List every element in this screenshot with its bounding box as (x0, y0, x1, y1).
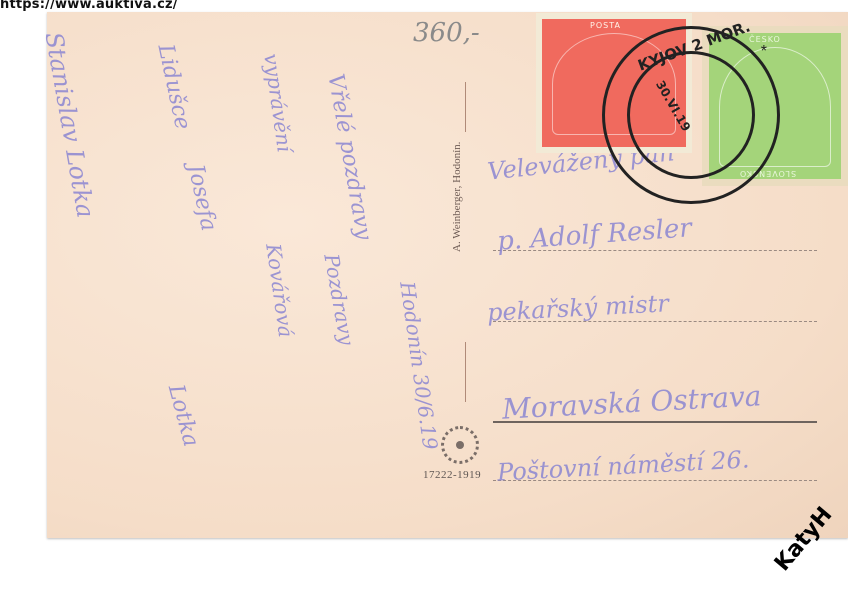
pencil-price-note: 360,- (413, 18, 480, 48)
handwriting-line: Lotka (163, 382, 203, 449)
address-city: Moravská Ostrava (501, 379, 762, 426)
handwriting-line: vyprávění (259, 52, 297, 154)
handwriting-line: Lidušce (153, 42, 195, 132)
source-url-label: https://www.auktiva.cz/ (0, 0, 178, 12)
publisher-imprint: A. Weinberger, Hodonín. (451, 142, 463, 252)
postcard-back: 360,- Stanislav Lotka Lidušce Josefa Lot… (47, 12, 848, 538)
star-icon: * (761, 43, 767, 61)
handwriting-signature: Stanislav Lotka (39, 30, 99, 220)
handwriting-line: Josefa (183, 162, 222, 233)
publisher-logo-icon (441, 426, 479, 464)
postmark-cancellation: KYJOV 2 MOR. 30.VI.19 * (602, 26, 780, 204)
handwriting-line: Kovářová (261, 242, 298, 339)
handwriting-line: Pozdravy (319, 252, 359, 347)
handwriting-date: Hodonín 30/6.19 (395, 280, 442, 451)
handwriting-line: Vřelé pozdravy (322, 72, 376, 242)
print-code: 17222-1919 (423, 469, 481, 481)
stamp-label: POSTA (590, 21, 621, 30)
